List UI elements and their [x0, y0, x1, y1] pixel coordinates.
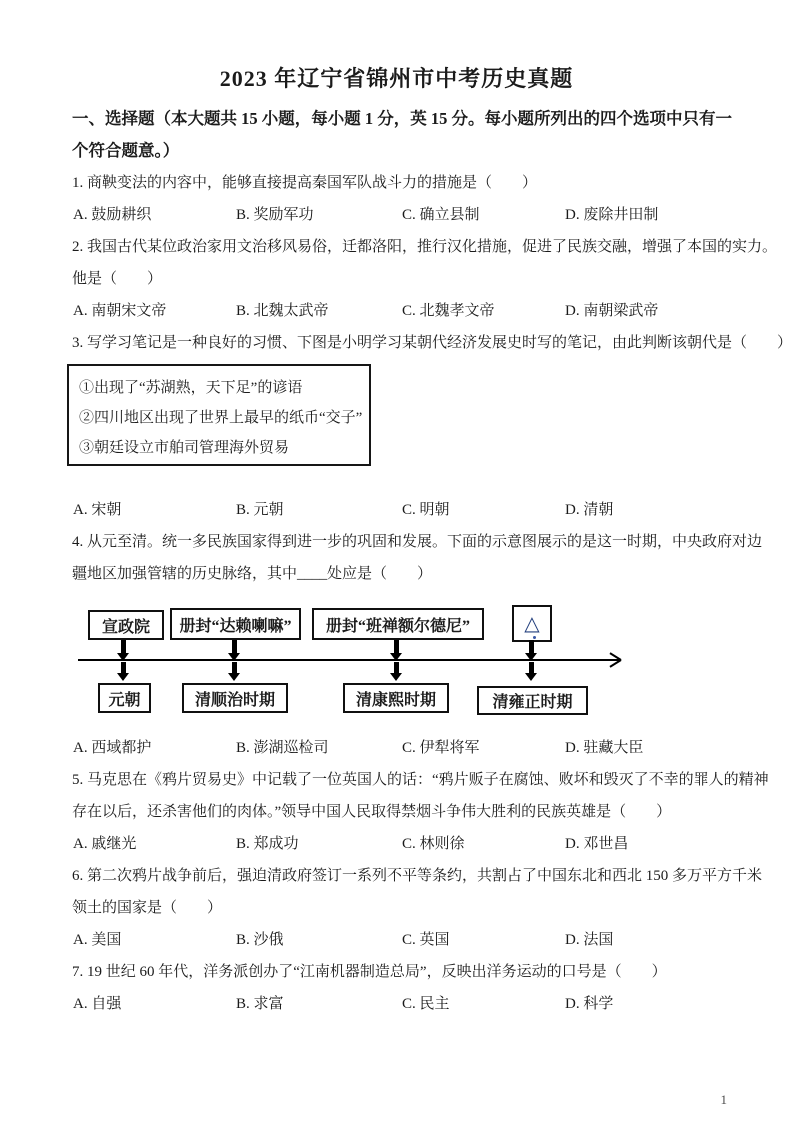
question-4-text-line1: 4. 从元至清。统一多民族国家得到进一步的巩固和发展。下面的示意图展示的是这一时… — [72, 526, 733, 558]
question-1-options: A. 鼓励耕织 B. 奖励军功 C. 确立县制 D. 废除井田制 — [72, 199, 733, 231]
question-2-options: A. 南朝宋文帝 B. 北魏太武帝 C. 北魏孝文帝 D. 南朝梁武帝 — [72, 295, 733, 327]
q4-option-a: A. 西域都护 — [73, 732, 151, 764]
q6-option-a: A. 美国 — [73, 924, 121, 956]
timeline-placeholder-box: △ — [512, 605, 552, 642]
q3-option-a: A. 宋朝 — [73, 494, 121, 526]
q2-option-a: A. 南朝宋文帝 — [73, 295, 166, 327]
down-arrow-connector-3 — [390, 640, 403, 684]
question-6-options: A. 美国 B. 沙俄 C. 英国 D. 法国 — [72, 924, 733, 956]
page-title: 2023 年辽宁省锦州市中考历史真题 — [0, 0, 793, 93]
timeline-top-box-xuanzhengyuan: 宣政院 — [88, 610, 164, 640]
section-header-line2: 个符合题意。） — [72, 135, 733, 167]
page-content: 一、选择题（本大题共 15 小题，每小题 1 分，英 15 分。每小题所列出的四… — [72, 103, 733, 1020]
timeline-bottom-box-yuan: 元朝 — [98, 683, 151, 713]
timeline-bottom-box-kangxi: 清康熙时期 — [343, 683, 449, 713]
timeline-axis-arrow-right-icon — [78, 659, 620, 661]
q5-option-d: D. 邓世昌 — [565, 828, 628, 860]
q6-option-d: D. 法国 — [565, 924, 613, 956]
question-5-options: A. 戚继光 B. 郑成功 C. 林则徐 D. 邓世昌 — [72, 828, 733, 860]
question-4-options: A. 西域都护 B. 澎湖巡检司 C. 伊犁将军 D. 驻藏大臣 — [72, 732, 733, 764]
down-arrow-connector-1 — [117, 640, 130, 684]
q1-option-b: B. 奖励军功 — [236, 199, 314, 231]
q3-option-d: D. 清朝 — [565, 494, 613, 526]
question-3-options: A. 宋朝 B. 元朝 C. 明朝 D. 清朝 — [72, 494, 733, 526]
question-6-text-line2: 领土的国家是（ ） — [72, 892, 733, 924]
q6-option-c: C. 英国 — [402, 924, 450, 956]
timeline-diagram: 宣政院 册封“达赖喇嘛” 册封“班禅额尔德尼” △ 元朝 清顺治时期 清康熙时期… — [72, 602, 733, 720]
q4-option-c: C. 伊犁将军 — [402, 732, 480, 764]
q2-option-b: B. 北魏太武帝 — [236, 295, 329, 327]
question-4-text-line2: 疆地区加强管辖的历史脉络，其中____处应是（ ） — [72, 558, 733, 590]
note-item-3: ③朝廷设立市舶司管理海外贸易 — [79, 433, 359, 463]
question-2-text-line1: 2. 我国古代某位政治家用文治移风易俗，迁都洛阳，推行汉化措施，促进了民族交融，… — [72, 231, 733, 263]
q5-option-c: C. 林则徐 — [402, 828, 465, 860]
question-2-text-line2: 他是（ ） — [72, 263, 733, 295]
q5-option-a: A. 戚继光 — [73, 828, 136, 860]
q2-option-d: D. 南朝梁武帝 — [565, 295, 658, 327]
section-header-line1: 一、选择题（本大题共 15 小题，每小题 1 分，英 15 分。每小题所列出的四… — [72, 103, 733, 135]
q7-option-b: B. 求富 — [236, 988, 284, 1020]
q3-note-box: ①出现了“苏湖熟，天下足”的谚语 ②四川地区出现了世界上最早的纸币“交子” ③朝… — [67, 364, 371, 466]
question-5-text-line1: 5. 马克思在《鸦片贸易史》中记载了一位英国人的话：“鸦片贩子在腐蚀、败坏和毁灭… — [72, 764, 733, 796]
note-item-2: ②四川地区出现了世界上最早的纸币“交子” — [79, 403, 359, 433]
q1-option-d: D. 废除井田制 — [565, 199, 658, 231]
q7-option-d: D. 科学 — [565, 988, 613, 1020]
timeline-top-box-dalai: 册封“达赖喇嘛” — [170, 608, 301, 640]
down-arrow-connector-2 — [228, 640, 241, 684]
q3-option-c: C. 明朝 — [402, 494, 450, 526]
note-item-1: ①出现了“苏湖熟，天下足”的谚语 — [79, 373, 359, 403]
timeline-top-box-banchan: 册封“班禅额尔德尼” — [312, 608, 484, 640]
q4-option-d: D. 驻藏大臣 — [565, 732, 643, 764]
question-7-options: A. 自强 B. 求富 C. 民主 D. 科学 — [72, 988, 733, 1020]
down-arrow-connector-4 — [525, 640, 538, 684]
question-3-text: 3. 写学习笔记是一种良好的习惯、下图是小明学习某朝代经济发展史时写的笔记，由此… — [72, 327, 733, 359]
stray-dot-mark — [533, 636, 536, 639]
q1-option-c: C. 确立县制 — [402, 199, 480, 231]
q4-option-b: B. 澎湖巡检司 — [236, 732, 329, 764]
timeline-bottom-box-yongzheng: 清雍正时期 — [477, 686, 588, 715]
q6-option-b: B. 沙俄 — [236, 924, 284, 956]
q2-option-c: C. 北魏孝文帝 — [402, 295, 495, 327]
question-6-text-line1: 6. 第二次鸦片战争前后，强迫清政府签订一系列不平等条约，共割占了中国东北和西北… — [72, 860, 733, 892]
q1-option-a: A. 鼓励耕织 — [73, 199, 151, 231]
page-number: 1 — [721, 1092, 728, 1108]
question-7-text: 7. 19 世纪 60 年代，洋务派创办了“江南机器制造总局”，反映出洋务运动的… — [72, 956, 733, 988]
exam-page: 2023 年辽宁省锦州市中考历史真题 一、选择题（本大题共 15 小题，每小题 … — [0, 0, 793, 1122]
q7-option-a: A. 自强 — [73, 988, 121, 1020]
q5-option-b: B. 郑成功 — [236, 828, 299, 860]
question-5-text-line2: 存在以后，还杀害他们的肉体。”领导中国人民取得禁烟斗争伟大胜利的民族英雄是（ ） — [72, 796, 733, 828]
q3-option-b: B. 元朝 — [236, 494, 284, 526]
q7-option-c: C. 民主 — [402, 988, 450, 1020]
triangle-placeholder-icon: △ — [524, 614, 539, 634]
question-1-text: 1. 商鞅变法的内容中，能够直接提高秦国军队战斗力的措施是（ ） — [72, 167, 733, 199]
timeline-bottom-box-shunzhi: 清顺治时期 — [182, 683, 288, 713]
